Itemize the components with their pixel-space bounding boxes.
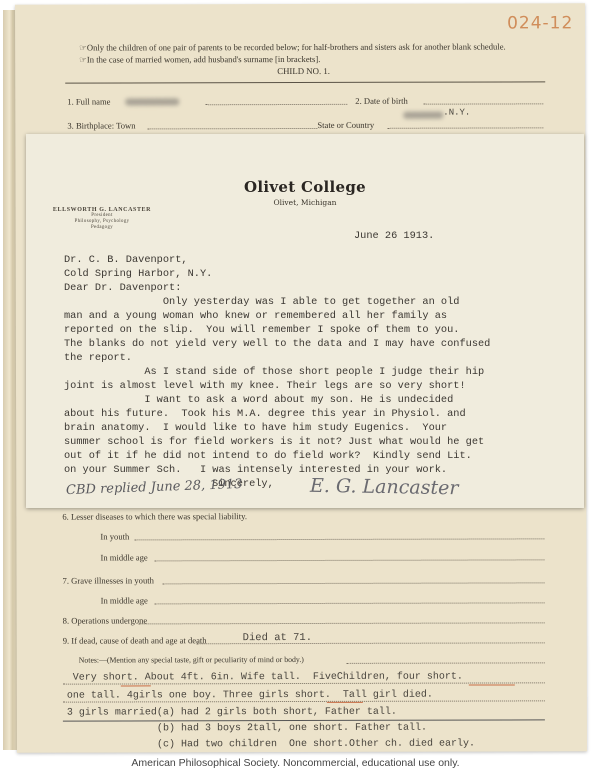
letter-body-line: brain anatomy. I would like to have him … xyxy=(64,422,447,436)
form-instruction-2: ☞In the case of married women, add husba… xyxy=(79,54,320,66)
letter-body-line: As I stand side of those short people I … xyxy=(64,366,484,380)
child-heading: CHILD NO. 1. xyxy=(277,66,330,76)
notes-line-text-4: (b) had 3 boys 2tall, one short. Father … xyxy=(67,723,427,735)
redacted-town xyxy=(403,112,443,119)
letter-body-line: reported on the slip. You will remember … xyxy=(64,324,459,338)
q6-middle-line xyxy=(154,559,544,561)
heading-rule xyxy=(65,81,545,83)
letter-body-line: man and a young woman who knew or rememb… xyxy=(64,310,447,324)
notes-line-text-3: 3 girls married(a) had 2 girls both shor… xyxy=(67,707,397,719)
letterhead-sender-block: ELLSWORTH G. LANCASTER President Philoso… xyxy=(42,207,162,231)
red-underline-short-1 xyxy=(121,685,151,686)
date-of-birth-line xyxy=(423,103,543,104)
redacted-name xyxy=(125,98,179,105)
notes-rule xyxy=(63,719,545,721)
letter-address-2: Cold Spring Harbor, N.Y. xyxy=(64,268,212,282)
red-underline-short-3 xyxy=(327,702,363,703)
state-value: .N.Y. xyxy=(443,108,470,118)
letter-sheet: Olivet College Olivet, Michigan ELLSWORT… xyxy=(26,134,584,508)
letter-body-line: about his future. Took his M.A. degree t… xyxy=(64,408,466,422)
full-name-line xyxy=(205,104,347,105)
q8-label: 8. Operations undergone xyxy=(63,615,148,625)
q7-label: 7. Grave illnesses in youth xyxy=(63,575,154,585)
notes-line-text-2: one tall. 4girls one boy. Three girls sh… xyxy=(67,690,433,702)
notes-line-text-1: Very short. About 4ft. 6in. Wife tall. F… xyxy=(73,672,463,684)
letter-salutation: Dear Dr. Davenport: xyxy=(64,282,181,296)
letter-body-line: The blanks do not yield very well to the… xyxy=(64,338,490,352)
state-line xyxy=(387,127,543,128)
notes-label: Notes:—(Mention any special taste, gift … xyxy=(79,655,304,665)
letter-address-1: Dr. C. B. Davenport, xyxy=(64,254,188,268)
q7-middle-label: In middle age xyxy=(101,595,148,605)
state-label: State or Country xyxy=(317,120,374,130)
letter-body-line: out of it if he did not intend to do fie… xyxy=(64,450,472,464)
q7-line xyxy=(163,582,545,584)
letter-date: June 26 1913. xyxy=(354,230,434,242)
notes-line-text-5: (c) Had two children One short.Other ch.… xyxy=(67,739,475,751)
q9-value: Died at 71. xyxy=(243,632,312,644)
letter-body-line: Only yesterday was I able to get togethe… xyxy=(64,296,459,310)
letter-body-line: summer school is for field workers is it… xyxy=(64,436,484,450)
date-of-birth-label: 2. Date of birth xyxy=(355,96,408,106)
footer-credit: American Philosophical Society. Noncomme… xyxy=(0,757,591,769)
q6-youth-line xyxy=(134,538,544,540)
full-name-label: 1. Full name xyxy=(67,96,110,106)
letterhead-title: Olivet College xyxy=(26,178,584,196)
notes-line xyxy=(347,662,545,664)
q6-youth-label: In youth xyxy=(100,531,129,541)
letterhead-location: Olivet, Michigan xyxy=(26,198,584,207)
birthplace-line xyxy=(147,128,317,129)
reference-number: 024-12 xyxy=(507,13,573,33)
letter-body-line: I want to ask a word about my son. He is… xyxy=(64,394,453,408)
q7-middle-line xyxy=(155,602,545,604)
sender-subjects-2: Pedagogy xyxy=(42,225,162,231)
letter-body-line: joint is almost level with my knee. Thei… xyxy=(64,380,466,394)
q6-middle-label: In middle age xyxy=(100,552,147,562)
form-instruction-1: ☞Only the children of one pair of parent… xyxy=(79,41,506,53)
handwritten-signature: E. G. Lancaster xyxy=(310,475,459,500)
q8-line xyxy=(139,622,545,624)
q6-label: 6. Lesser diseases to which there was sp… xyxy=(62,511,247,521)
birthplace-label: 3. Birthplace: Town xyxy=(67,120,135,130)
q9-label: 9. If dead, cause of death and age at de… xyxy=(63,635,207,645)
letter-body-line: the report. xyxy=(64,352,132,366)
red-underline-short-2 xyxy=(469,684,515,685)
handwritten-reply-note: CBD replied June 28, 1913 xyxy=(66,477,243,498)
